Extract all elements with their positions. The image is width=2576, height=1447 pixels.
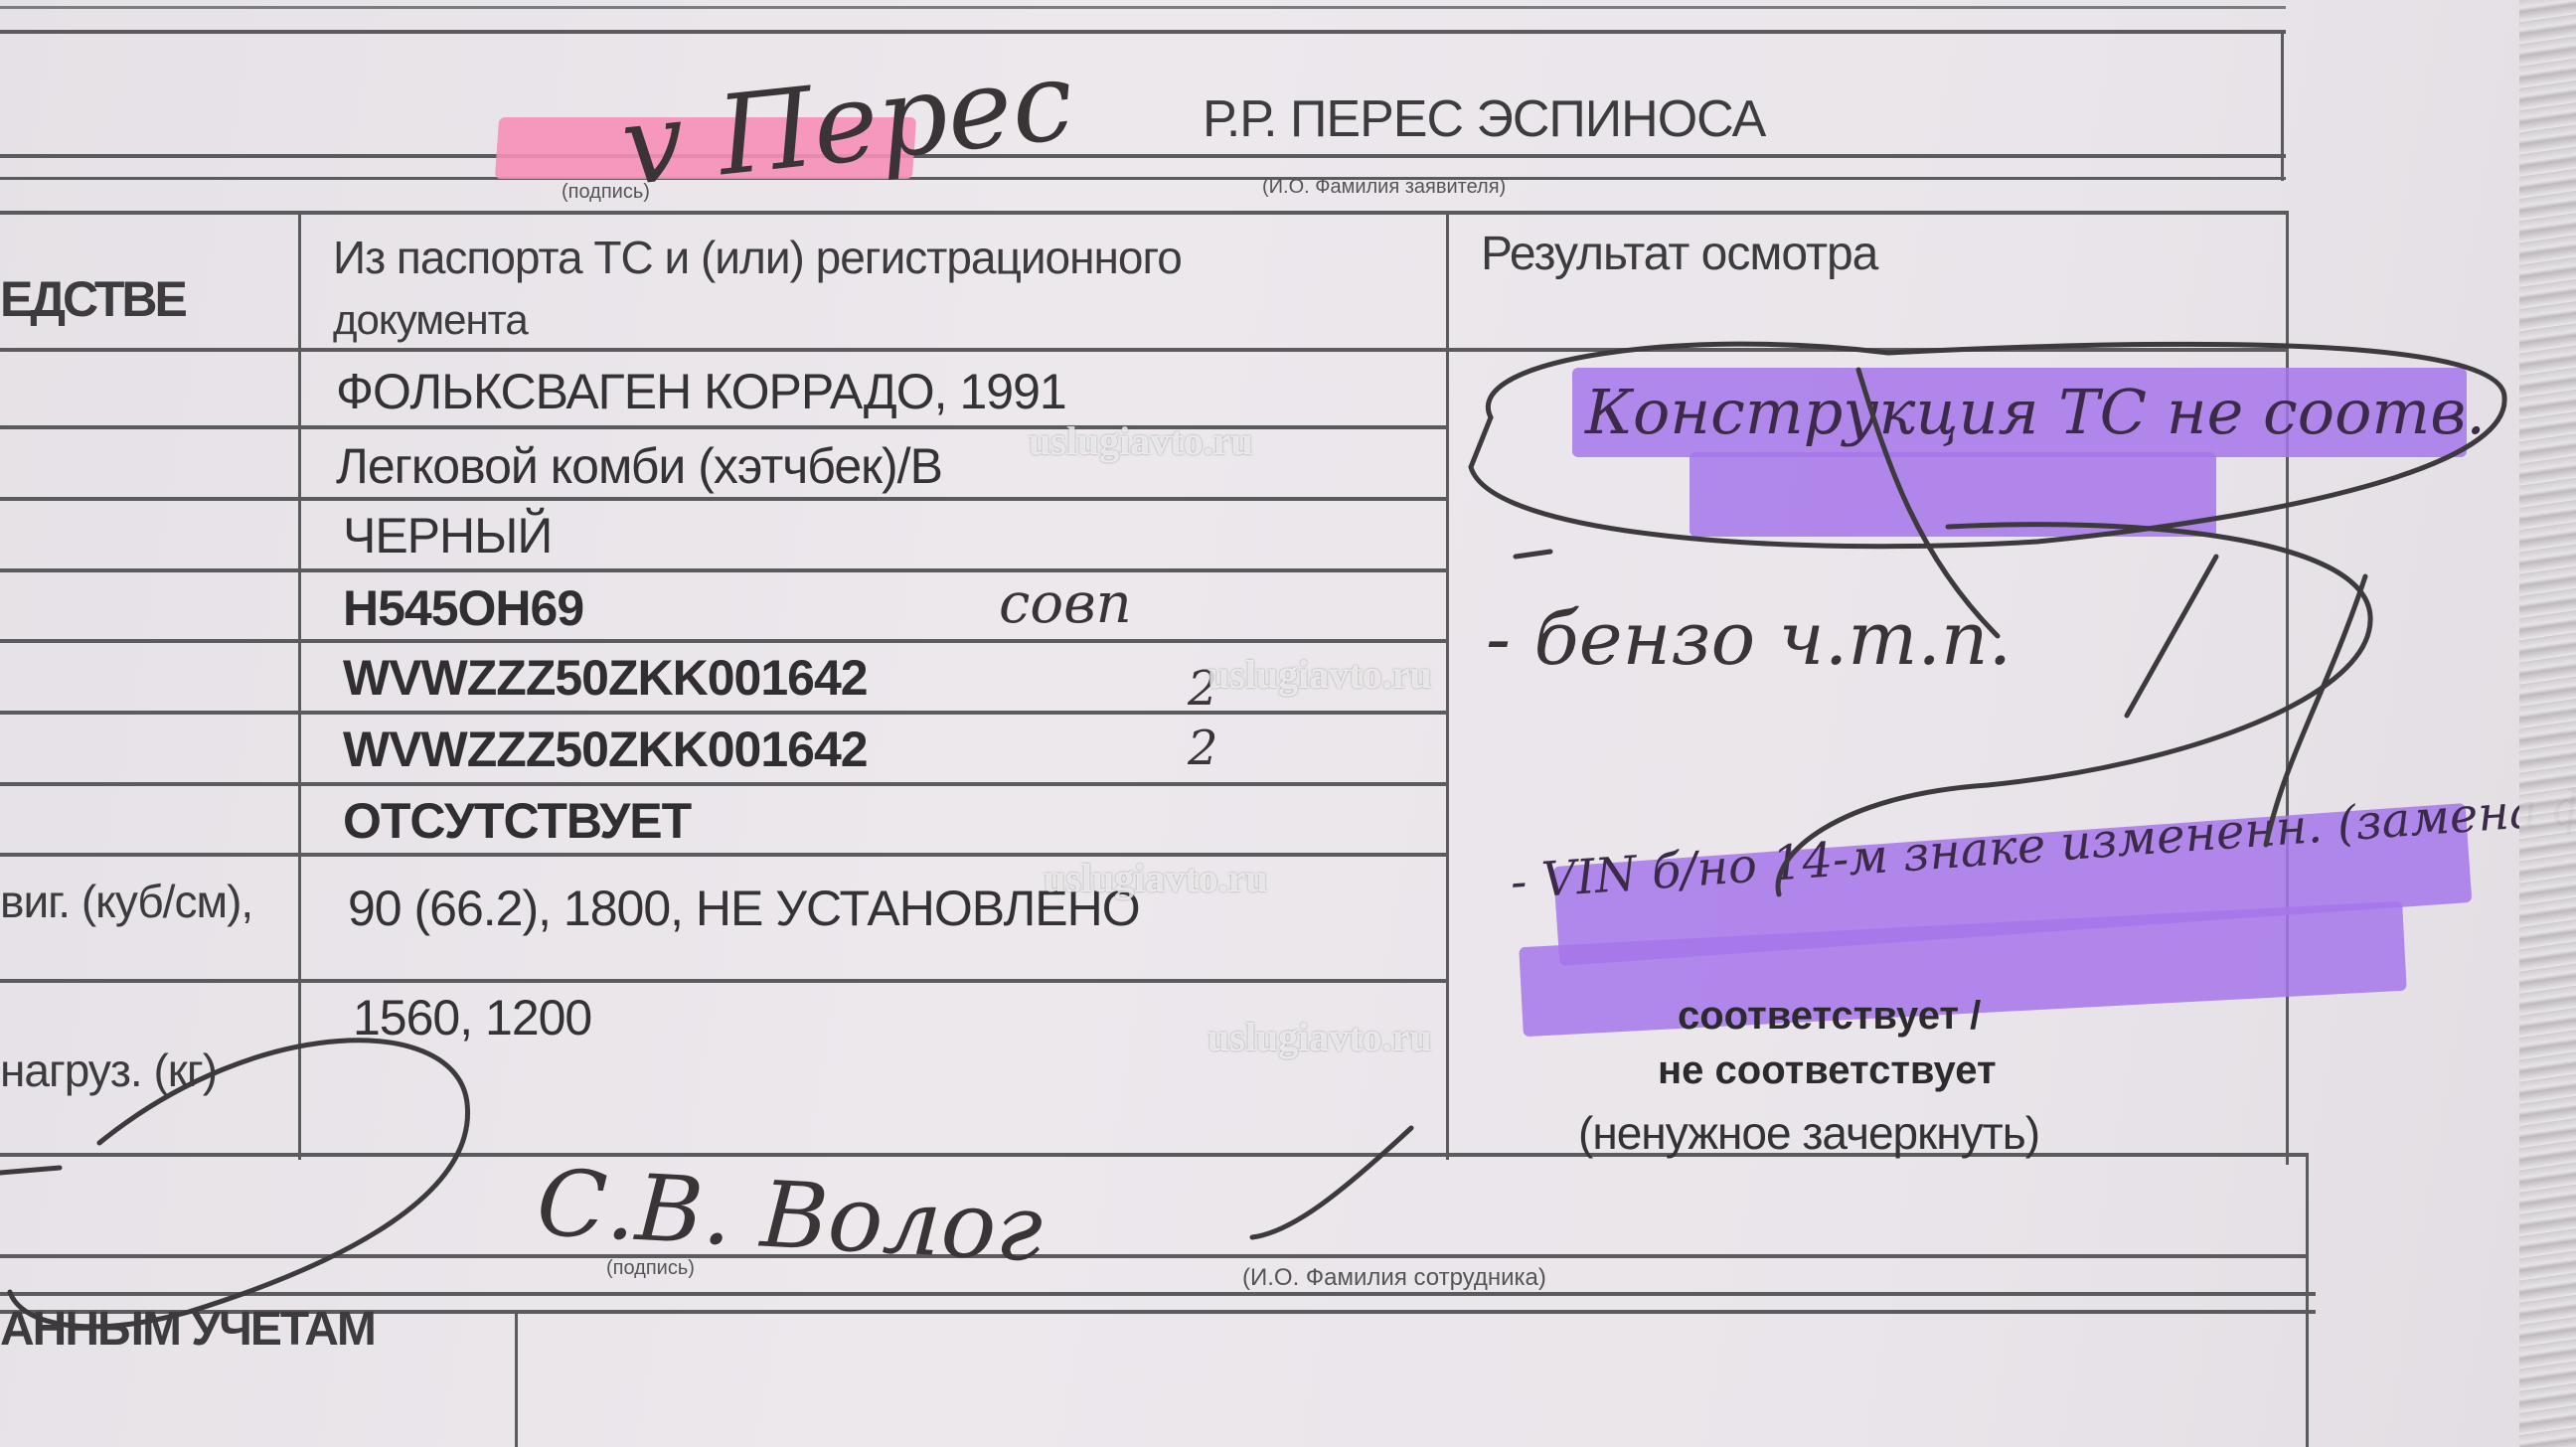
col-divider	[298, 211, 301, 1160]
row-line	[0, 348, 2286, 352]
frame-edge	[2281, 30, 2284, 181]
body-number: ОТСУТСТВУЕТ	[343, 792, 691, 850]
row-line	[0, 1292, 2316, 1296]
background-paper-edge	[2519, 0, 2576, 1447]
frame-line	[0, 30, 2286, 34]
inspection-form-paper: v Перес Р.Р. ПЕРЕС ЭСПИНОСА (подпись) (И…	[0, 0, 2519, 1447]
row-line	[0, 497, 1446, 501]
result-option-mismatch: не соответствует	[1658, 1048, 1997, 1093]
top-line	[0, 6, 2286, 9]
engine-label: виг. (куб/см),	[0, 875, 252, 928]
section-label: ЕДСТВЕ	[0, 270, 185, 328]
watermark: uslugiavto.ru	[1044, 855, 1268, 901]
inspection-note-design: Конструкция ТС не соотв.	[1585, 376, 2486, 448]
frame-line	[0, 211, 2286, 215]
name-caption: (И.О. Фамилия заявителя)	[1262, 176, 1506, 199]
mass-label: нагруз. (кг)	[0, 1044, 217, 1097]
mass-values: 1560, 1200	[353, 989, 591, 1046]
officer-signature-caption: (подпись)	[606, 1257, 695, 1280]
row-line	[0, 979, 1446, 983]
source-column-header: Из паспорта ТС и (или) регистрационного	[333, 231, 1182, 284]
result-instruction: (ненужное зачеркнуть)	[1578, 1106, 2039, 1160]
table-edge	[2306, 1153, 2309, 1447]
watermark: uslugiavto.ru	[1207, 651, 1432, 698]
vin: WVWZZZ50ZKK001642	[343, 649, 868, 707]
frame-line	[0, 154, 2286, 158]
signature-caption: (подпись)	[562, 181, 650, 204]
result-option-match: соответствует /	[1678, 994, 1981, 1039]
col-divider	[515, 1310, 518, 1447]
footer-label: АННЫМ УЧЕТАМ	[0, 1302, 375, 1357]
applicant-name: Р.Р. ПЕРЕС ЭСПИНОСА	[1203, 89, 1765, 149]
row-line	[0, 782, 1446, 786]
table-edge	[2286, 211, 2289, 1165]
vehicle-type-category: Легковой комби (хэтчбек)/В	[336, 437, 942, 495]
handwritten-note-plate: совп	[999, 571, 1132, 636]
result-column-header: Результат осмотра	[1481, 227, 1877, 281]
frame-line	[0, 177, 2286, 180]
handwritten-note-chassis: 2	[1188, 721, 1218, 776]
source-column-header-line2: документа	[333, 296, 528, 344]
registration-plate: Н545ОН69	[343, 579, 583, 637]
purple-highlight	[1690, 452, 2216, 537]
row-line	[0, 1254, 2306, 1258]
officer-name-caption: (И.О. Фамилия сотрудника)	[1242, 1264, 1546, 1292]
inspection-note-fuel: - бензо ч.т.п.	[1486, 596, 2012, 682]
applicant-signature: v Перес	[616, 37, 1079, 211]
watermark: uslugiavto.ru	[1207, 1014, 1432, 1060]
row-line	[0, 711, 1446, 715]
chassis-number: WVWZZZ50ZKK001642	[343, 721, 868, 778]
row-line	[0, 639, 1446, 643]
engine-power-volume: 90 (66.2), 1800, НЕ УСТАНОВЛЕНО	[348, 880, 1140, 937]
row-line	[0, 568, 1446, 572]
col-divider	[1446, 211, 1449, 1160]
watermark: uslugiavto.ru	[1029, 417, 1253, 464]
vehicle-make-model-year: ФОЛЬКСВАГЕН КОРРАДО, 1991	[336, 363, 1066, 420]
vehicle-color: ЧЕРНЫЙ	[343, 507, 552, 564]
